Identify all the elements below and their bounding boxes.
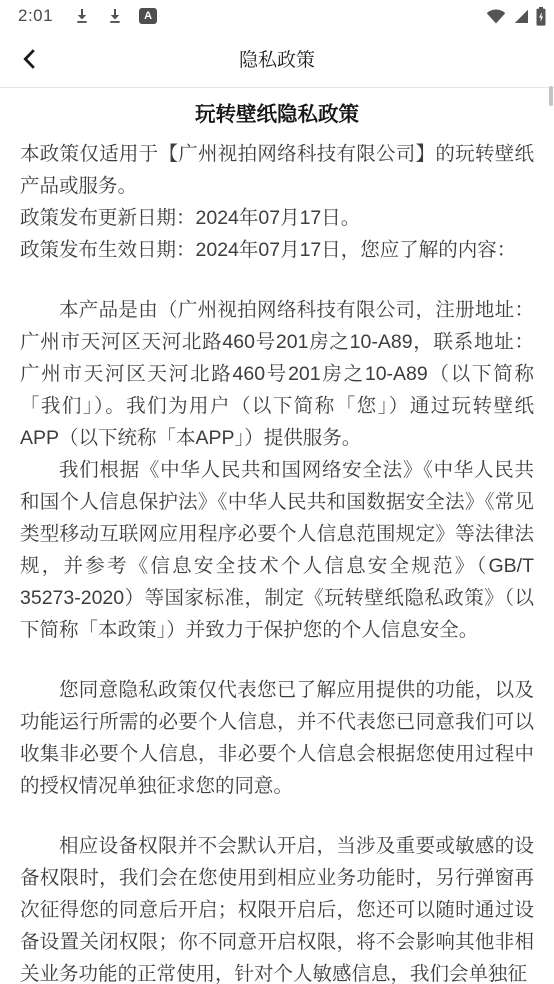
auto-rotate-a-badge-icon: A [139,8,157,24]
a-badge-letter: A [144,11,152,22]
back-button[interactable] [10,39,50,79]
nav-bar: 隐私政策 [0,30,554,87]
chevron-left-icon [18,46,42,72]
page-title: 隐私政策 [239,45,315,72]
policy-paragraph: 相应设备权限并不会默认开启，当涉及重要或敏感的设备权限时，我们会在您使用到相应业… [20,830,534,984]
download-icon [106,7,124,25]
policy-paragraph: 政策发布更新日期：2024年07月17日。 [20,202,534,234]
policy-paragraph: 我们根据《中华人民共和国网络安全法》《中华人民共和国个人信息保护法》《中华人民共… [20,454,534,646]
status-time: 2:01 [18,6,53,26]
app-screen: 2:01 A [0,0,554,984]
policy-document-title: 玩转壁纸隐私政策 [20,100,534,130]
download-icon [73,7,91,25]
policy-paragraph: 您同意隐私政策仅代表您已了解应用提供的功能，以及功能运行所需的必要个人信息，并不… [20,674,534,802]
battery-charging-icon [536,7,546,26]
policy-paragraph: 政策发布生效日期：2024年07月17日，您应了解的内容： [20,234,534,266]
policy-content-scroll-area[interactable]: 玩转壁纸隐私政策 本政策仅适用于【广州视拍网络科技有限公司】的玩转壁纸产品或服务… [0,88,554,984]
policy-paragraph: 本政策仅适用于【广州视拍网络科技有限公司】的玩转壁纸产品或服务。 [20,138,534,202]
policy-paragraph: 本产品是由（广州视拍网络科技有限公司，注册地址：广州市天河区天河北路460号20… [20,294,534,454]
status-bar: 2:01 A [0,0,554,30]
scrollbar-thumb[interactable] [549,86,554,106]
wifi-icon [486,8,506,24]
status-bar-right [486,7,546,26]
cellular-signal-icon [513,9,529,24]
